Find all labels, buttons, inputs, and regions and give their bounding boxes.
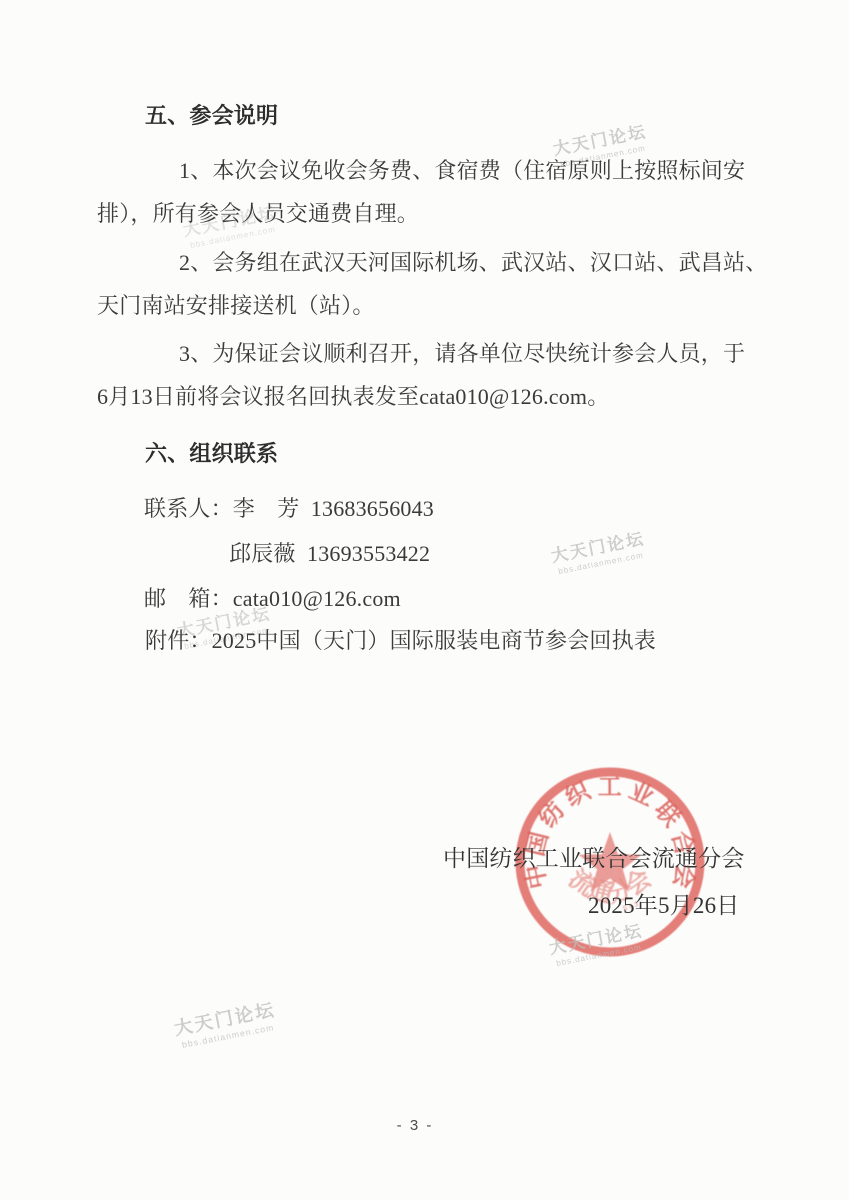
section-5-para-3-line-1: 3、为保证会议顺利召开，请各单位尽快统计参会人员，于 bbox=[179, 341, 745, 366]
contact-line-1: 联系人：李 芳 13683656043 bbox=[144, 496, 434, 521]
watermark: 大天门论坛 bbs.datianmen.com bbox=[549, 524, 649, 576]
watermark-url: bbs.datianmen.com bbox=[189, 225, 276, 250]
section-5-para-3-line-2: 6月13日前将会议报名回执表发至cata010@126.com。 bbox=[97, 384, 609, 409]
watermark-url: bbs.datianmen.com bbox=[557, 551, 644, 576]
section-5-para-2-line-1: 2、会务组在武汉天河国际机场、武汉站、汉口站、武昌站、 bbox=[179, 250, 767, 275]
contact-line-2: 邱辰薇 13693553422 bbox=[229, 541, 430, 566]
section-5-para-2-line-2: 天门南站安排接送机（站）。 bbox=[97, 293, 375, 318]
section-6-heading: 六、组织联系 bbox=[145, 441, 278, 466]
document-page: 中国纺织工业联合会 流通分会 5 4 3 大天门论坛 bbs.datianmen… bbox=[0, 0, 849, 1200]
watermark-url: bbs.datianmen.com bbox=[181, 1023, 275, 1050]
page-number: - 3 - bbox=[315, 1117, 515, 1134]
signature-organization: 中国纺织工业联合会流通分会 bbox=[443, 846, 745, 872]
email-line: 邮 箱：cata010@126.com bbox=[144, 586, 401, 611]
attachment-line: 附件：2025中国（天门）国际服装电商节参会回执表 bbox=[145, 628, 656, 653]
watermark-title: 大天门论坛 bbox=[551, 117, 649, 160]
watermark-title: 大天门论坛 bbox=[549, 524, 647, 567]
section-5-para-1-line-2: 排），所有参会人员交通费自理。 bbox=[97, 201, 419, 226]
section-5-heading: 五、参会说明 bbox=[145, 103, 278, 128]
watermark: 大天门论坛 bbs.datianmen.com bbox=[172, 994, 280, 1051]
section-5-para-1-line-1: 1、本次会议免收会务费、食宿费（住宿原则上按照标间安 bbox=[179, 158, 745, 183]
signature-date: 2025年5月26日 bbox=[588, 893, 740, 919]
watermark-title: 大天门论坛 bbox=[172, 994, 278, 1040]
